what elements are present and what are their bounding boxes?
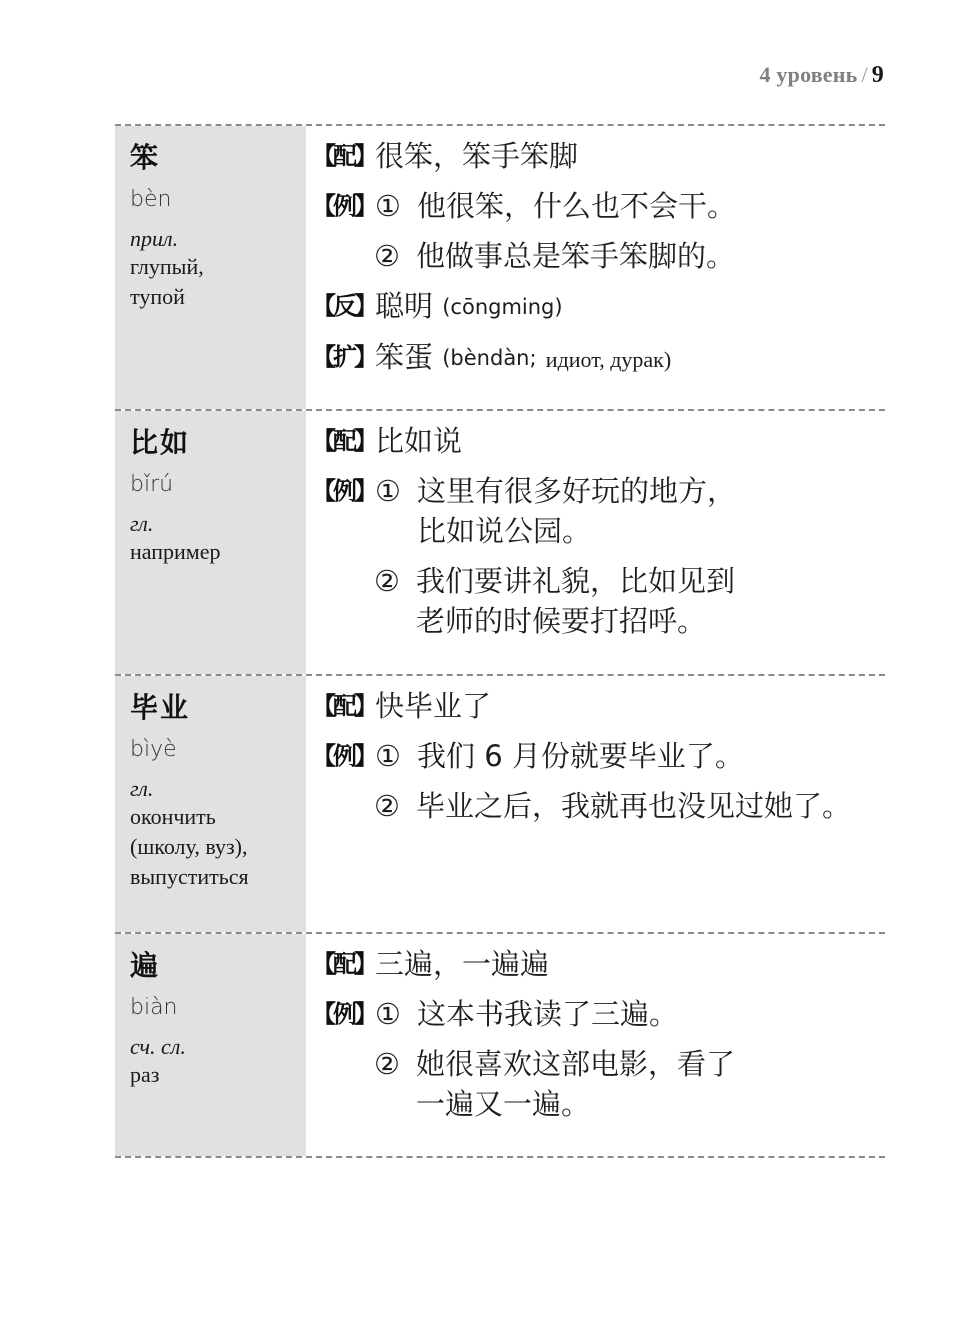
usage-column: 【配】 很笨，笨手笨脚 【例】 ① 他很笨，什么也不会干。 ② 他做事总是笨手笨…: [306, 126, 885, 409]
part-of-speech: гл.: [130, 511, 306, 537]
example-tag: 【例】: [312, 994, 375, 1034]
usage-column: 【配】 快毕业了 【例】 ① 我们 6 月份就要毕业了。 ② 毕业之后，我就再也…: [306, 676, 885, 932]
example-number: ①: [375, 471, 417, 511]
antonym-word: 聪明: [375, 289, 433, 323]
vocab-entry: 遍 biàn сч. сл. раз 【配】 三遍，一遍遍 【例】 ① 这本书我…: [115, 934, 885, 1158]
part-of-speech: гл.: [130, 776, 306, 802]
example-line: 【例】 ① 这里有很多好玩的地方， 比如说公园。: [312, 471, 885, 551]
example-number: ①: [375, 186, 417, 226]
headword-pinyin: bǐrú: [130, 471, 306, 499]
headword-column: 笨 bèn прил. глупый, тупой: [115, 126, 306, 409]
extension-pinyin: (bèndàn;: [442, 346, 536, 370]
extension-meaning: идиот, дурак): [546, 347, 671, 372]
vocab-entry: 笨 bèn прил. глупый, тупой 【配】 很笨，笨手笨脚 【例…: [115, 126, 885, 411]
example-line: ② 她很喜欢这部电影，看了 一遍又一遍。: [312, 1044, 885, 1124]
example-text: 毕业之后，我就再也没见过她了。: [416, 786, 885, 826]
example-text: 他很笨，什么也不会干。: [417, 186, 885, 226]
collocation-tag: 【配】: [312, 944, 375, 984]
collocation-text: 很笨，笨手笨脚: [375, 136, 885, 176]
example-number: ①: [375, 994, 417, 1034]
translation: окончить (школу, вуз), выпуститься: [130, 802, 306, 892]
collocation-text: 三遍，一遍遍: [375, 944, 885, 984]
collocation-line: 【配】 快毕业了: [312, 686, 885, 726]
collocation-text: 快毕业了: [375, 686, 885, 726]
translation: глупый, тупой: [130, 252, 306, 312]
headword-column: 毕业 bìyè гл. окончить (школу, вуз), выпус…: [115, 676, 306, 932]
collocation-tag: 【配】: [312, 686, 375, 726]
extension-line: 【扩】 笨蛋 (bèndàn; идиот, дурак): [312, 337, 885, 380]
collocation-text: 比如说: [375, 421, 885, 461]
part-of-speech: сч. сл.: [130, 1034, 306, 1060]
headword-pinyin: biàn: [130, 994, 306, 1022]
headword-pinyin: bèn: [130, 186, 306, 214]
extension-tag: 【扩】: [312, 337, 375, 377]
example-tag: 【例】: [312, 736, 375, 776]
collocation-line: 【配】 很笨，笨手笨脚: [312, 136, 885, 176]
example-text: 这本书我读了三遍。: [417, 994, 885, 1034]
antonym-tag: 【反】: [312, 286, 375, 326]
headword-hanzi: 笨: [130, 140, 306, 176]
headword-column: 遍 biàn сч. сл. раз: [115, 934, 306, 1156]
headword-hanzi: 遍: [130, 948, 306, 984]
translation: раз: [130, 1060, 306, 1090]
collocation-line: 【配】 三遍，一遍遍: [312, 944, 885, 984]
example-text: 我们 6 月份就要毕业了。: [417, 736, 885, 776]
vocab-entry: 毕业 bìyè гл. окончить (школу, вуз), выпус…: [115, 676, 885, 934]
example-line: 【例】 ① 这本书我读了三遍。: [312, 994, 885, 1034]
example-text: 她很喜欢这部电影，看了 一遍又一遍。: [416, 1044, 885, 1124]
example-number: ②: [374, 786, 416, 826]
collocation-tag: 【配】: [312, 421, 375, 461]
extension-word: 笨蛋: [375, 340, 433, 374]
example-text: 我们要讲礼貌，比如见到 老师的时候要打招呼。: [416, 561, 885, 641]
running-head: 4 уровень/9: [760, 62, 884, 89]
example-line: ② 毕业之后，我就再也没见过她了。: [312, 786, 885, 826]
vocabulary-table: 笨 bèn прил. глупый, тупой 【配】 很笨，笨手笨脚 【例…: [115, 124, 885, 1158]
example-text: 这里有很多好玩的地方， 比如说公园。: [417, 471, 885, 551]
vocab-entry: 比如 bǐrú гл. например 【配】 比如说 【例】 ① 这里有很多…: [115, 411, 885, 676]
example-line: ② 我们要讲礼貌，比如见到 老师的时候要打招呼。: [312, 561, 885, 641]
example-tag: 【例】: [312, 471, 375, 511]
collocation-line: 【配】 比如说: [312, 421, 885, 461]
example-number: ①: [375, 736, 417, 776]
example-text: 他做事总是笨手笨脚的。: [416, 236, 885, 276]
antonym-line: 【反】 聪明 (cōngming): [312, 286, 885, 327]
headword-hanzi: 比如: [130, 425, 306, 461]
page-number: 9: [872, 62, 884, 88]
example-number: ②: [374, 1044, 416, 1084]
example-line: 【例】 ① 他很笨，什么也不会干。: [312, 186, 885, 226]
example-tag: 【例】: [312, 186, 375, 226]
level-label: 4 уровень: [760, 62, 858, 87]
headword-hanzi: 毕业: [130, 690, 306, 726]
translation: например: [130, 537, 306, 567]
headword-column: 比如 bǐrú гл. например: [115, 411, 306, 674]
antonym-pinyin: (cōngming): [442, 295, 562, 319]
example-number: ②: [374, 561, 416, 601]
usage-column: 【配】 三遍，一遍遍 【例】 ① 这本书我读了三遍。 ② 她很喜欢这部电影，看了…: [306, 934, 885, 1156]
part-of-speech: прил.: [130, 226, 306, 252]
example-line: ② 他做事总是笨手笨脚的。: [312, 236, 885, 276]
usage-column: 【配】 比如说 【例】 ① 这里有很多好玩的地方， 比如说公园。 ② 我们要讲礼…: [306, 411, 885, 674]
example-number: ②: [374, 236, 416, 276]
collocation-tag: 【配】: [312, 136, 375, 176]
separator: /: [861, 62, 867, 87]
headword-pinyin: bìyè: [130, 736, 306, 764]
example-line: 【例】 ① 我们 6 月份就要毕业了。: [312, 736, 885, 776]
